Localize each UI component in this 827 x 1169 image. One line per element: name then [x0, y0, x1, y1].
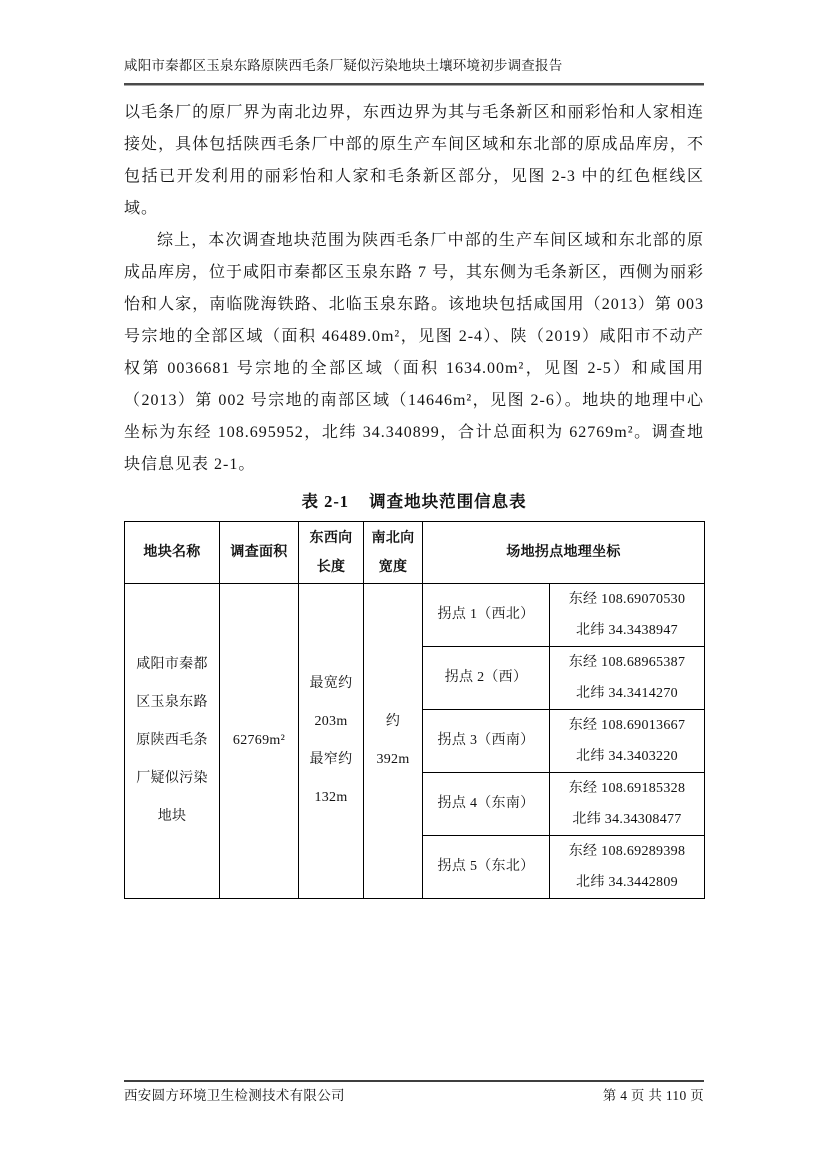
column-header-ew-length: 东西向 长度: [299, 522, 364, 584]
column-header-corner-coordinates: 场地拐点地理坐标: [423, 522, 705, 584]
corner-coords-cell: 东经 108.69070530 北纬 34.3438947: [550, 584, 705, 647]
page-footer: 西安圆方环境卫生检测技术有限公司 第 4 页 共 110 页: [124, 1086, 704, 1105]
ew-length-cell: 最宽约 203m 最窄约 132m: [299, 584, 364, 899]
footer-company: 西安圆方环境卫生检测技术有限公司: [124, 1086, 345, 1105]
table-row: 咸阳市秦都 区玉泉东路 原陕西毛条 厂疑似污染 地块 62769m² 最宽约 2…: [125, 584, 705, 647]
header-rule: [124, 83, 704, 86]
corner-coords-cell: 东经 108.68965387 北纬 34.3414270: [550, 647, 705, 710]
survey-area-cell: 62769m²: [220, 584, 299, 899]
corner-coords-cell: 东经 108.69013667 北纬 34.3403220: [550, 710, 705, 773]
paragraph: 综上，本次调查地块范围为陕西毛条厂中部的生产车间区域和东北部的原成品库房，位于咸…: [124, 225, 704, 481]
ns-width-cell: 约 392m: [364, 584, 423, 899]
corner-name-cell: 拐点 4（东南）: [423, 773, 550, 836]
site-name-cell: 咸阳市秦都 区玉泉东路 原陕西毛条 厂疑似污染 地块: [125, 584, 220, 899]
corner-name-cell: 拐点 1（西北）: [423, 584, 550, 647]
column-header-survey-area: 调查面积: [220, 522, 299, 584]
table-caption-title: 调查地块范围信息表: [369, 492, 527, 511]
paragraph: 以毛条厂的原厂界为南北边界，东西边界为其与毛条新区和丽彩怡和人家相连接处，具体包…: [124, 97, 704, 225]
table-caption-label: 表 2-1: [301, 492, 349, 511]
document-body: 以毛条厂的原厂界为南北边界，东西边界为其与毛条新区和丽彩怡和人家相连接处，具体包…: [124, 97, 704, 481]
survey-plot-info-table: 地块名称 调查面积 东西向 长度 南北向 宽度 场地拐点地理坐标 咸阳市秦都 区…: [124, 521, 705, 899]
corner-name-cell: 拐点 5（东北）: [423, 836, 550, 899]
corner-coords-cell: 东经 108.69289398 北纬 34.3442809: [550, 836, 705, 899]
document-page: 咸阳市秦都区玉泉东路原陕西毛条厂疑似污染地块土壤环境初步调查报告 以毛条厂的原厂…: [0, 0, 827, 1169]
corner-name-cell: 拐点 2（西）: [423, 647, 550, 710]
page-header-title: 咸阳市秦都区玉泉东路原陕西毛条厂疑似污染地块土壤环境初步调查报告: [124, 56, 704, 76]
column-header-ns-width: 南北向 宽度: [364, 522, 423, 584]
corner-coords-cell: 东经 108.69185328 北纬 34.34308477: [550, 773, 705, 836]
footer-page-info: 第 4 页 共 110 页: [603, 1086, 704, 1105]
table-caption: 表 2-1调查地块范围信息表: [124, 490, 704, 514]
table-header-row: 地块名称 调查面积 东西向 长度 南北向 宽度 场地拐点地理坐标: [125, 522, 705, 584]
column-header-site-name: 地块名称: [125, 522, 220, 584]
footer-rule: [124, 1080, 704, 1082]
corner-name-cell: 拐点 3（西南）: [423, 710, 550, 773]
